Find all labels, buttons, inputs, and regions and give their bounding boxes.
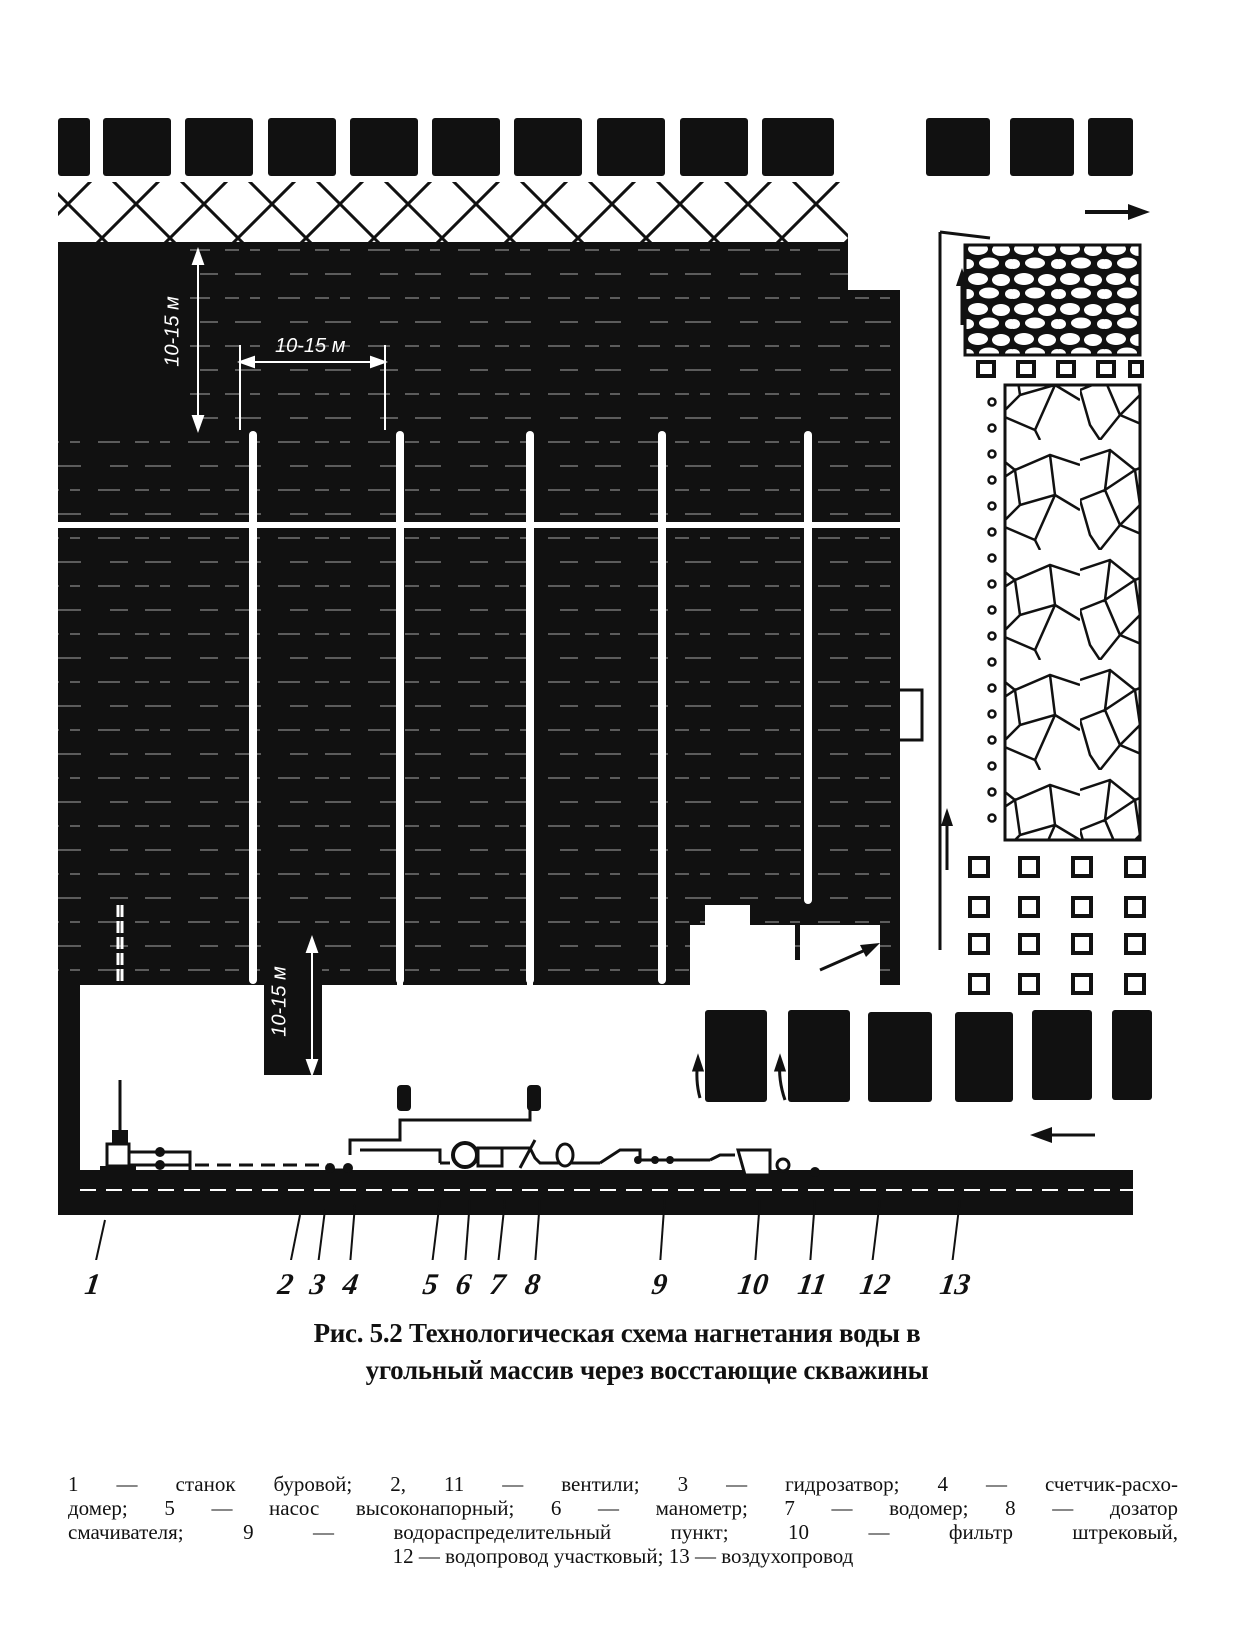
section-break [58,522,1133,528]
callout-1: 1 [83,1268,103,1302]
top-drift-pillars [58,112,1133,182]
legend-line-3: смачивателя; 9 — водораспределительный п… [68,1520,1178,1544]
goaf-pebbles [965,245,1140,355]
figure-caption-line1: Рис. 5.2 Технологическая схема нагнетани… [0,1318,1234,1349]
crib-grid [970,858,1144,993]
figure-caption-line2: угольный массив через восстающие скважин… [0,1355,1234,1386]
dimension-label-vertical-bottom: 10-15 м [269,966,292,1036]
callout-5: 5 [421,1268,441,1302]
callout-6: 6 [454,1268,474,1302]
caved-zone-hatched [58,182,848,242]
dimension-label-vertical-top: 10-15 м [162,296,185,366]
crib-row-top [978,362,1142,376]
callout-4: 4 [341,1268,361,1302]
callout-12: 12 [858,1268,893,1302]
support-bolts [989,399,996,822]
callout-13: 13 [938,1268,973,1302]
dimension-label-horizontal-top: 10-15 м [275,335,345,358]
legend-line-1: 1 — станок буровой; 2, 11 — вентили; 3 —… [68,1472,1178,1496]
legend-line-2: домер; 5 — насос высоконапорный; 6 — ман… [68,1496,1178,1520]
callout-2: 2 [276,1268,296,1302]
callout-11: 11 [796,1268,829,1302]
callout-10: 10 [736,1268,771,1302]
callout-8: 8 [523,1268,543,1302]
legend-line-4: 12 — водопровод участковый; 13 — воздухо… [68,1544,1178,1568]
goaf-stones [1005,385,1140,840]
callout-7: 7 [488,1268,508,1302]
mine-injection-scheme [0,0,1234,1260]
arrow-up-lower [941,808,953,870]
callout-3: 3 [308,1268,328,1302]
callout-9: 9 [650,1268,670,1302]
